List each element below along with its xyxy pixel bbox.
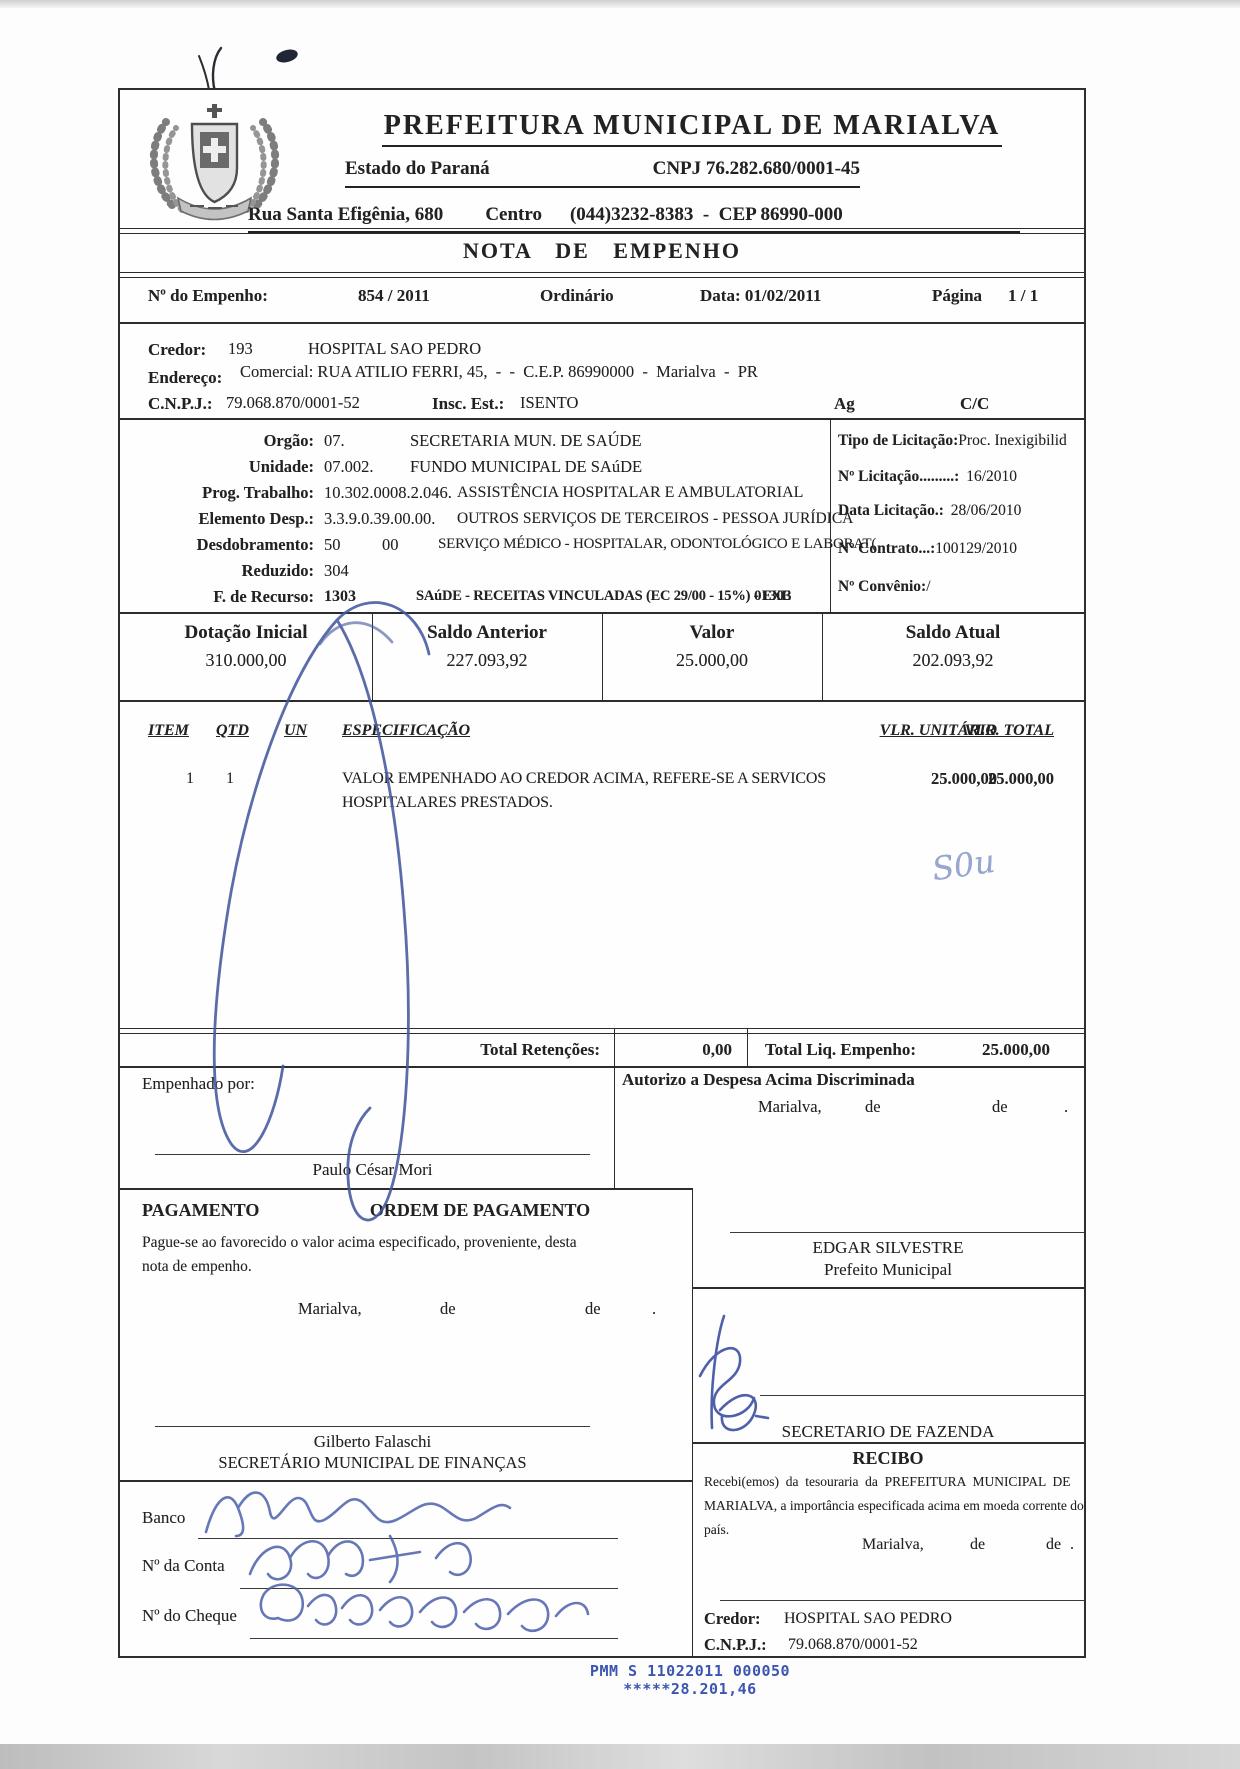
creditor-ie-label: Insc. Est.: bbox=[432, 394, 504, 414]
divider-title bbox=[120, 272, 1084, 278]
totals-divider-1 bbox=[614, 1028, 615, 1066]
licitacao-tipo: Proc. Inexigibilid bbox=[958, 432, 1067, 449]
banco-label: Banco bbox=[142, 1508, 185, 1528]
prefeito-name: EDGAR SILVESTRE bbox=[692, 1238, 1084, 1258]
divider-creditor bbox=[120, 418, 1084, 420]
scan-edge-top bbox=[0, 0, 1240, 8]
convenio: / bbox=[926, 578, 930, 595]
cheque-line bbox=[250, 1638, 618, 1639]
licitacao-numero-row: Nº Licitação.........: 16/2010 bbox=[838, 468, 1017, 486]
desdobramento-code2: 00 bbox=[382, 536, 399, 555]
elemento-desp-desc: OUTROS SERVIÇOS DE TERCEIROS - PESSOA JU… bbox=[457, 510, 853, 528]
prog-trabalho-desc: ASSISTÊNCIA HOSPITALAR E AMBULATORIAL bbox=[457, 484, 803, 502]
creditor-label: Credor: bbox=[148, 340, 206, 360]
col-qtd: QTD bbox=[216, 722, 249, 740]
reduzido-code: 304 bbox=[324, 562, 349, 581]
header-phone-cep: (044)3232-8383 - CEP 86990-000 bbox=[570, 204, 843, 226]
empenho-number-label: Nº do Empenho: bbox=[148, 286, 268, 306]
pagamento-text-line2: nota de empenho. bbox=[142, 1258, 252, 1276]
licitacao-tipo-row: Tipo de Licitação:Proc. Inexigibilid bbox=[838, 432, 1067, 450]
recibo-de2: de bbox=[1046, 1536, 1061, 1554]
total-retencoes-value: 0,00 bbox=[620, 1040, 732, 1060]
auth-column-divider bbox=[614, 1066, 615, 1190]
divider-items-bottom bbox=[120, 1028, 1084, 1034]
divider-empenhado-bottom bbox=[120, 1188, 692, 1190]
creditor-cc-label: C/C bbox=[960, 394, 989, 414]
col-vlr-total: VLR. TOTAL bbox=[960, 722, 1054, 740]
reduzido-label: Reduzido: bbox=[120, 562, 314, 581]
empenhado-name: Paulo César Mori bbox=[155, 1160, 590, 1180]
recibo-title: RECIBO bbox=[692, 1448, 1084, 1469]
unidade-label: Unidade: bbox=[120, 458, 314, 477]
financas-name: Gilberto Falaschi bbox=[155, 1432, 590, 1452]
recibo-cnpj-label: C.N.P.J.: bbox=[704, 1636, 767, 1655]
contrato-label: Nº Contrato...: bbox=[838, 540, 935, 557]
pagamento-dot: . bbox=[652, 1300, 656, 1319]
banco-line bbox=[198, 1538, 618, 1539]
header-subtitle-row: Estado do Paraná CNPJ 76.282.680/0001-45 bbox=[345, 158, 860, 188]
header-title: PREFEITURA MUNICIPAL DE MARIALVA bbox=[382, 110, 1002, 147]
scan-edge-bottom bbox=[0, 1744, 1240, 1769]
orgao-code: 07. bbox=[324, 432, 345, 451]
valor-label: Valor bbox=[602, 622, 822, 644]
financas-signature-line bbox=[155, 1426, 590, 1427]
pagamento-title: PAGAMENTO bbox=[142, 1200, 259, 1221]
prefeito-signature-line bbox=[730, 1232, 1084, 1233]
col-item: ITEM bbox=[148, 722, 189, 740]
item-number: 1 bbox=[186, 770, 194, 788]
divider-header bbox=[120, 228, 1084, 234]
total-liq-value: 25.000,00 bbox=[910, 1040, 1050, 1060]
divider-budget-licitacao bbox=[830, 418, 831, 614]
saldo-atual-value: 202.093,92 bbox=[822, 650, 1084, 671]
header-cnpj: CNPJ 76.282.680/0001-45 bbox=[653, 158, 860, 180]
prog-trabalho-label: Prog. Trabalho: bbox=[120, 484, 314, 503]
item-qtd: 1 bbox=[226, 770, 234, 788]
recibo-city: Marialva, bbox=[862, 1536, 924, 1554]
recibo-dot: . bbox=[1070, 1536, 1074, 1554]
totals-divider-2 bbox=[747, 1028, 748, 1066]
item-spec-line2: HOSPITALARES PRESTADOS. bbox=[342, 794, 553, 812]
fazenda-signature-line bbox=[760, 1395, 1084, 1396]
autorizo-dot: . bbox=[1064, 1098, 1068, 1117]
recibo-text-line2: MARIALVA, a importância especificada aci… bbox=[704, 1498, 1084, 1514]
pagamento-city: Marialva, bbox=[298, 1300, 362, 1319]
nota-de-empenho-form: PREFEITURA MUNICIPAL DE MARIALVA Estado … bbox=[118, 88, 1086, 1658]
col-especificacao: ESPECIFICAÇÃO bbox=[342, 722, 470, 740]
conta-line bbox=[240, 1588, 618, 1589]
item-vlr-total: 25.000,00 bbox=[960, 770, 1054, 789]
desdobramento-desc: SERVIÇO MÉDICO - HOSPITALAR, ODONTOLÓGIC… bbox=[438, 536, 876, 553]
orgao-desc: SECRETARIA MUN. DE SAÚDE bbox=[410, 432, 642, 451]
total-retencoes-label: Total Retenções: bbox=[400, 1040, 600, 1060]
empenho-number: 854 / 2011 bbox=[358, 286, 430, 306]
cheque-label: Nº do Cheque bbox=[142, 1606, 237, 1626]
document-title: NOTA DE EMPENHO bbox=[120, 238, 1084, 263]
divider-empenho-row bbox=[120, 322, 1084, 324]
header-street: Rua Santa Efigênia, 680 bbox=[248, 204, 443, 226]
amounts-divider-2 bbox=[602, 612, 603, 700]
contrato: 100129/2010 bbox=[935, 540, 1017, 557]
col-un: UN bbox=[284, 722, 307, 740]
autorizo-title: Autorizo a Despesa Acima Discriminada bbox=[622, 1070, 915, 1090]
pagamento-de1: de bbox=[440, 1300, 456, 1319]
elemento-desp-label: Elemento Desp.: bbox=[120, 510, 314, 529]
total-liq-label: Total Liq. Empenho: bbox=[765, 1040, 916, 1060]
f-recurso-label: F. de Recurso: bbox=[120, 588, 314, 607]
desdobramento-label: Desdobramento: bbox=[120, 536, 314, 555]
item-spec-line1: VALOR EMPENHADO AO CREDOR ACIMA, REFERE-… bbox=[342, 770, 826, 788]
financas-title: SECRETÁRIO MUNICIPAL DE FINANÇAS bbox=[155, 1454, 590, 1473]
contrato-row: Nº Contrato...:100129/2010 bbox=[838, 540, 1017, 558]
convenio-label: Nº Convênio: bbox=[838, 578, 926, 595]
elemento-desp-code: 3.3.9.0.39.00.00. bbox=[324, 510, 435, 529]
pagamento-de2: de bbox=[585, 1300, 601, 1319]
licitacao-data: 28/06/2010 bbox=[951, 502, 1022, 519]
divider-totals bbox=[120, 1066, 1084, 1068]
page-label: Página bbox=[932, 286, 982, 306]
creditor-ie: ISENTO bbox=[520, 394, 578, 413]
saldo-atual-label: Saldo Atual bbox=[822, 622, 1084, 644]
saldo-anterior-value: 227.093,92 bbox=[372, 650, 602, 671]
autorizo-de2: de bbox=[992, 1098, 1008, 1117]
autorizo-de1: de bbox=[865, 1098, 881, 1117]
divider-amounts bbox=[120, 700, 1084, 702]
dotacao-label: Dotação Inicial bbox=[120, 622, 372, 644]
prog-trabalho-code: 10.302.0008.2.046. bbox=[324, 484, 452, 503]
recibo-credor-label: Credor: bbox=[704, 1610, 761, 1629]
creditor-name: HOSPITAL SAO PEDRO bbox=[308, 340, 481, 359]
licitacao-tipo-label: Tipo de Licitação: bbox=[838, 432, 958, 449]
recibo-text-line1: Recebi(emos) da tesouraria da PREFEITURA… bbox=[704, 1474, 1070, 1490]
empenho-type: Ordinário bbox=[540, 286, 614, 306]
creditor-ag-label: Ag bbox=[834, 394, 855, 414]
recibo-credor-name: HOSPITAL SAO PEDRO bbox=[784, 1610, 952, 1628]
prefeito-title: Prefeito Municipal bbox=[692, 1260, 1084, 1280]
divider-prefeito bbox=[692, 1287, 1084, 1289]
licitacao-numero-label: Nº Licitação.........: bbox=[838, 468, 959, 485]
amounts-divider-3 bbox=[822, 612, 823, 700]
autorizo-city: Marialva, bbox=[758, 1098, 822, 1117]
creditor-address-label: Endereço: bbox=[148, 368, 222, 388]
valor-value: 25.000,00 bbox=[602, 650, 822, 671]
pagamento-text-line1: Pague-se ao favorecido o valor acima esp… bbox=[142, 1234, 577, 1252]
orgao-label: Orgão: bbox=[120, 432, 314, 451]
empenhado-signature-line bbox=[155, 1154, 590, 1155]
creditor-cnpj-label: C.N.P.J.: bbox=[148, 394, 213, 414]
licitacao-numero: 16/2010 bbox=[966, 468, 1017, 485]
dot-matrix-footer: PMM S 11022011 000050 *****28.201,46 bbox=[520, 1662, 860, 1698]
empenho-date: Data: 01/02/2011 bbox=[700, 286, 821, 306]
amounts-divider-1 bbox=[372, 612, 373, 700]
page-value: 1 / 1 bbox=[1008, 286, 1038, 306]
f-recurso-extra: 01303 bbox=[754, 588, 792, 605]
divider-banco-box bbox=[120, 1480, 692, 1482]
divider-fazenda bbox=[692, 1442, 1084, 1444]
header-state: Estado do Paraná bbox=[345, 158, 490, 180]
licitacao-data-label: Data Licitação.: bbox=[838, 502, 944, 519]
scanned-document-page: PREFEITURA MUNICIPAL DE MARIALVA Estado … bbox=[0, 0, 1240, 1769]
header-district: Centro bbox=[485, 204, 542, 226]
recibo-credor-line bbox=[720, 1600, 1084, 1601]
dotacao-value: 310.000,00 bbox=[120, 650, 372, 671]
unidade-desc: FUNDO MUNICIPAL DE SAúDE bbox=[410, 458, 642, 477]
convenio-row: Nº Convênio:/ bbox=[838, 578, 931, 596]
recibo-text-line3: país. bbox=[704, 1522, 729, 1538]
recibo-cnpj: 79.068.870/0001-52 bbox=[788, 1636, 918, 1654]
desdobramento-code: 50 bbox=[324, 536, 341, 555]
ordem-pagamento-title: ORDEM DE PAGAMENTO bbox=[320, 1200, 640, 1221]
handwritten-sou-mark: S0u bbox=[930, 842, 998, 888]
unidade-code: 07.002. bbox=[324, 458, 374, 477]
empenhado-por-label: Empenhado por: bbox=[142, 1074, 255, 1094]
conta-label: Nº da Conta bbox=[142, 1556, 225, 1576]
creditor-cnpj: 79.068.870/0001-52 bbox=[226, 394, 360, 413]
licitacao-data-row: Data Licitação.: 28/06/2010 bbox=[838, 502, 1021, 520]
creditor-address: Comercial: RUA ATILIO FERRI, 45, - - C.E… bbox=[240, 363, 758, 382]
creditor-code: 193 bbox=[228, 340, 253, 359]
f-recurso-code: 1303 bbox=[324, 588, 356, 606]
fazenda-title: SECRETARIO DE FAZENDA bbox=[692, 1422, 1084, 1442]
recibo-de1: de bbox=[970, 1536, 985, 1554]
f-recurso-desc: SAúDE - RECEITAS VINCULADAS (EC 29/00 - … bbox=[416, 588, 791, 605]
saldo-anterior-label: Saldo Anterior bbox=[372, 622, 602, 644]
